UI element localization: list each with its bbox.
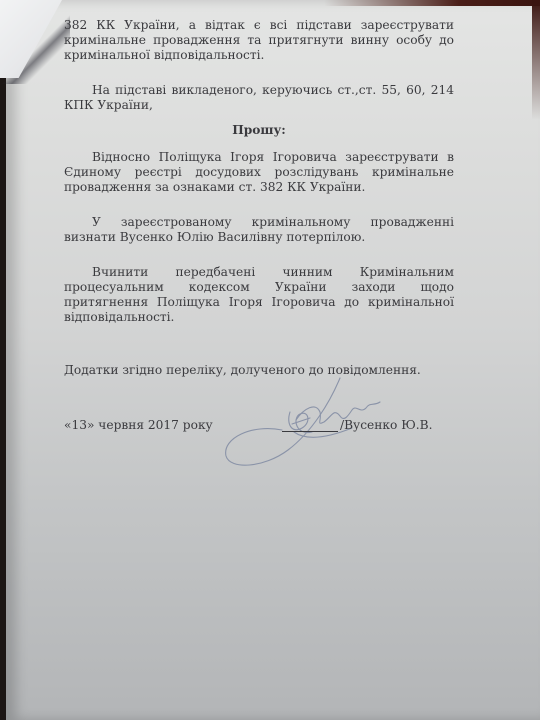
request-item-1: Відносно Поліщука Ігоря Ігоровича зареєс… bbox=[64, 150, 454, 195]
signature-date: «13» червня 2017 року bbox=[64, 418, 213, 433]
opening-paragraph: 382 КК України, а відтак є всі підстави … bbox=[64, 18, 454, 63]
basis-paragraph: На підставі викладеного, керуючись ст.,с… bbox=[64, 83, 454, 113]
table-edge bbox=[0, 0, 540, 6]
attachments-note: Додатки згідно переліку, долученого до п… bbox=[64, 363, 454, 378]
document-body: 382 КК України, а відтак є всі підстави … bbox=[64, 18, 454, 438]
request-item-2: У зареєстрованому кримінальному провадже… bbox=[64, 215, 454, 245]
signature-line bbox=[282, 431, 338, 432]
table-edge-right bbox=[532, 0, 540, 120]
signatory-name: /Вусенко Ю.В. bbox=[340, 418, 432, 433]
request-heading: Прошу: bbox=[64, 123, 454, 138]
request-item-3: Вчинити передбачені чинним Кримінальним … bbox=[64, 265, 454, 325]
signature-block: «13» червня 2017 року /Вусенко Ю.В. bbox=[64, 418, 454, 438]
